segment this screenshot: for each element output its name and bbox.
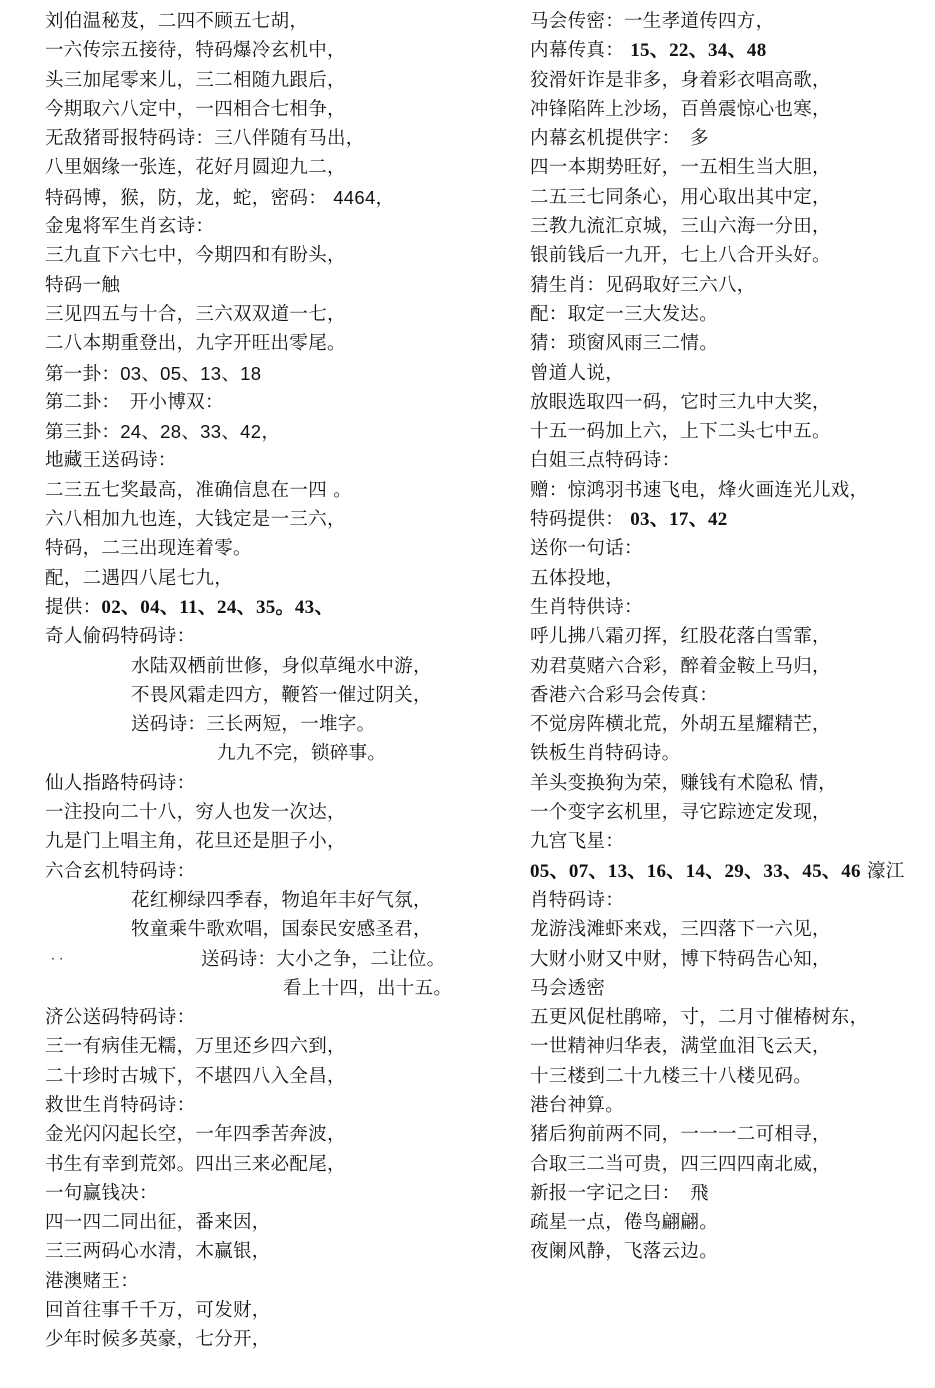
poem-line: 呼儿拂八霜刃挥，红股花落白雪霏， xyxy=(530,622,935,651)
right-column: 马会传密：一生孝道传四方， 内幕传真： 15、22、34、48 狡滑奸诈是非多，… xyxy=(530,7,935,1267)
hexagram-line-2: 第二卦： 开小博双： xyxy=(45,388,495,417)
hexagram-numbers: 24、28、33、42， xyxy=(120,421,280,442)
poem-line: 五更风促杜鹃啼，寸，二月寸催椿树东， xyxy=(530,1003,935,1032)
numbers-line: 内幕传真： 15、22、34、48 xyxy=(530,36,935,65)
poem-line: 六八相加九也连，大钱定是一三六， xyxy=(45,505,495,534)
poem-line: 配，二遇四八尾七九， xyxy=(45,564,495,593)
poem-line: 猜：琐窗风雨三二情。 xyxy=(530,329,935,358)
poem-line: 疏星一点，倦鸟翩翩。 xyxy=(530,1208,935,1237)
poem-line: 龙游浅滩虾来戏，三四落下一六见， xyxy=(530,915,935,944)
poem-line: 刘伯温秘芨，二四不顾五七胡， xyxy=(45,7,495,36)
poem-line: 大财小财又中财，博下特码告心知， xyxy=(530,945,935,974)
section-heading: 济公送码特码诗： xyxy=(45,1003,495,1032)
poem-line: 不觉房阵横北荒，外胡五星耀精芒， xyxy=(530,710,935,739)
section-heading: 送你一句话： xyxy=(530,534,935,563)
poem-line: 不畏风霜走四方，鞭笞一催过阴关， xyxy=(45,681,495,710)
poem-line: 四一四二同出征，番来因， xyxy=(45,1208,495,1237)
poem-line: 银前钱后一九开，七上八合开头好。 xyxy=(530,241,935,270)
poem-line: 今期取六八定中，一四相合七相争， xyxy=(45,95,495,124)
poem-line: 三教九流汇京城，三山六海一分田， xyxy=(530,212,935,241)
poem-line: 三见四五与十合，三六双双道一七， xyxy=(45,300,495,329)
numbers-label: 内幕传真： xyxy=(530,40,624,61)
poem-line: 狡滑奸诈是非多，身着彩衣唱高歌， xyxy=(530,66,935,95)
poem-line: 一世精神归华表，满堂血泪飞云天， xyxy=(530,1032,935,1061)
section-heading: 救世生肖特码诗： xyxy=(45,1091,495,1120)
section-heading: 白姐三点特码诗： xyxy=(530,446,935,475)
poem-line: 五体投地， xyxy=(530,564,935,593)
poem-line: 十三楼到二十九楼三十八楼见码。 xyxy=(530,1062,935,1091)
poem-line: 九九不完，锁碎事。 xyxy=(45,739,495,768)
section-heading: 香港六合彩马会传真： xyxy=(530,681,935,710)
poem-line: 马会传密：一生孝道传四方， xyxy=(530,7,935,36)
hexagram-line-3: 第三卦：24、28、33、42， xyxy=(45,417,495,446)
password-code: 4464， xyxy=(333,187,394,208)
poem-line: 合取三二当可贵，四三四四南北威， xyxy=(530,1150,935,1179)
numbers-label: 特码提供： xyxy=(530,509,624,530)
poem-line: 水陆双栖前世修，身似草绳水中游， xyxy=(45,652,495,681)
password-line: 特码博，猴，防，龙，蛇，密码： 4464， xyxy=(45,183,495,212)
poem-line: 送码诗：三长两短，一堆字。 xyxy=(45,710,495,739)
poem-line: 配：取定一三大发达。 xyxy=(530,300,935,329)
poem-line: 冲锋陷阵上沙场，百兽震惊心也寒， xyxy=(530,95,935,124)
hexagram-label: 第一卦： xyxy=(45,364,120,385)
section-heading: 肖特码诗： xyxy=(530,886,935,915)
poem-line: 无敌猪哥报特码诗：三八伴随有马出， xyxy=(45,124,495,153)
hexagram-line-1: 第一卦：03、05、13、18 xyxy=(45,359,495,388)
poem-line: 金光闪闪起长空，一年四季苦奔波， xyxy=(45,1120,495,1149)
poem-line: 书生有幸到荒郊。四出三来必配尾， xyxy=(45,1150,495,1179)
numbers-suffix: 濠江 xyxy=(867,861,905,882)
section-heading: 港台神算。 xyxy=(530,1091,935,1120)
poem-line: 牧童乘牛歌欢唱，国泰民安感圣君， xyxy=(45,915,495,944)
poem-line: 新报一字记之曰： 飛 xyxy=(530,1179,935,1208)
section-heading: 一句赢钱决： xyxy=(45,1179,495,1208)
poem-line: 劝君莫赌六合彩，醉着金鞍上马归， xyxy=(530,652,935,681)
numbers-line: 05、07、13、16、14、29、33、45、46 濠江 xyxy=(530,857,935,886)
poem-line: 九是门上唱主角，花旦还是胆子小， xyxy=(45,827,495,856)
section-heading: 九宫飞星： xyxy=(530,827,935,856)
poem-line: 十五一码加上六，上下二头七中五。 xyxy=(530,417,935,446)
hexagram-numbers: 03、05、13、18 xyxy=(120,363,261,384)
poem-line: 三一有病佳无糯，万里还乡四六到， xyxy=(45,1032,495,1061)
poem-line: 二十珍时古城下，不堪四八入全昌， xyxy=(45,1062,495,1091)
numbers-label: 提供： xyxy=(45,597,101,618)
section-heading: 马会透密 xyxy=(530,974,935,1003)
section-heading: 六合玄机特码诗： xyxy=(45,857,495,886)
section-heading: 金鬼将军生肖玄诗： xyxy=(45,212,495,241)
numbers-line: 提供：02、04、11、24、35。43、 xyxy=(45,593,495,622)
poem-line: 夜阑风静，飞落云边。 xyxy=(530,1237,935,1266)
poem-text: 送码诗：大小之争，二让位。 xyxy=(201,949,445,970)
poem-line: 一注投向二十八，穷人也发一次达， xyxy=(45,798,495,827)
poem-line: 三九直下六七中，今期四和有盼头， xyxy=(45,241,495,270)
poem-line: 二五三七同条心，用心取出其中定， xyxy=(530,183,935,212)
poem-line: 猪后狗前两不同，一一一二可相寻， xyxy=(530,1120,935,1149)
section-heading: 铁板生肖特码诗。 xyxy=(530,739,935,768)
poem-line: 四一本期势旺好，一五相生当大胆， xyxy=(530,153,935,182)
poem-line: 赠：惊鸿羽书速飞电，烽火画连光儿戏， xyxy=(530,476,935,505)
section-heading: 港澳赌王： xyxy=(45,1267,495,1296)
left-column: 刘伯温秘芨，二四不顾五七胡， 一六传宗五接待，特码爆冷玄机中， 头三加尾零来儿，… xyxy=(45,7,495,1355)
poem-line: 特码一触 xyxy=(45,271,495,300)
poem-line: 花红柳绿四季春，物追年丰好气氛， xyxy=(45,886,495,915)
poem-line: 八里姻缘一张连，花好月圆迎九二， xyxy=(45,153,495,182)
section-heading: 地藏王送码诗： xyxy=(45,446,495,475)
hexagram-label: 第二卦： xyxy=(45,392,111,413)
poem-line: 一个变字玄机里，寻它踪迹定发现， xyxy=(530,798,935,827)
poem-line: 头三加尾零来儿，三二相随九跟后， xyxy=(45,66,495,95)
password-label: 特码博，猴，防，龙，蛇，密码： xyxy=(45,188,327,209)
numbers-line: 特码提供： 03、17、42 xyxy=(530,505,935,534)
section-heading: 仙人指路特码诗： xyxy=(45,769,495,798)
poem-line: 回首往事千千万，可发财， xyxy=(45,1296,495,1325)
poem-line: 看上十四，出十五。 xyxy=(45,974,495,1003)
section-heading: 曾道人说， xyxy=(530,359,935,388)
poem-line: · ·送码诗：大小之争，二让位。 xyxy=(45,945,495,974)
poem-line: 三三两码心水清，木赢银， xyxy=(45,1237,495,1266)
poem-line: 放眼选取四一码，它时三九中大奖， xyxy=(530,388,935,417)
poem-line: 特码，二三出现连着零。 xyxy=(45,534,495,563)
numbers-value: 02、04、11、24、35。43、 xyxy=(101,597,333,618)
poem-line: 内幕玄机提供字： 多 xyxy=(530,124,935,153)
hexagram-text: 开小博双： xyxy=(111,392,224,413)
poem-line: 一六传宗五接待，特码爆冷玄机中， xyxy=(45,36,495,65)
numbers-value: 03、17、42 xyxy=(630,509,727,530)
hexagram-label: 第三卦： xyxy=(45,422,120,443)
section-heading: 奇人偷码特码诗： xyxy=(45,622,495,651)
numbers-value: 15、22、34、48 xyxy=(630,40,766,61)
section-heading: 生肖特供诗： xyxy=(530,593,935,622)
numbers-value: 05、07、13、16、14、29、33、45、46 xyxy=(530,861,861,882)
dots-mark: · · xyxy=(45,945,201,974)
poem-line: 羊头变换狗为荣，赚钱有术隐私 情， xyxy=(530,769,935,798)
poem-line: 少年时候多英豪，七分开， xyxy=(45,1325,495,1354)
poem-line: 猜生肖：见码取好三六八， xyxy=(530,271,935,300)
poem-line: 二八本期重登出，九字开旺出零尾。 xyxy=(45,329,495,358)
poem-line: 二三五七奖最高，准确信息在一四 。 xyxy=(45,476,495,505)
